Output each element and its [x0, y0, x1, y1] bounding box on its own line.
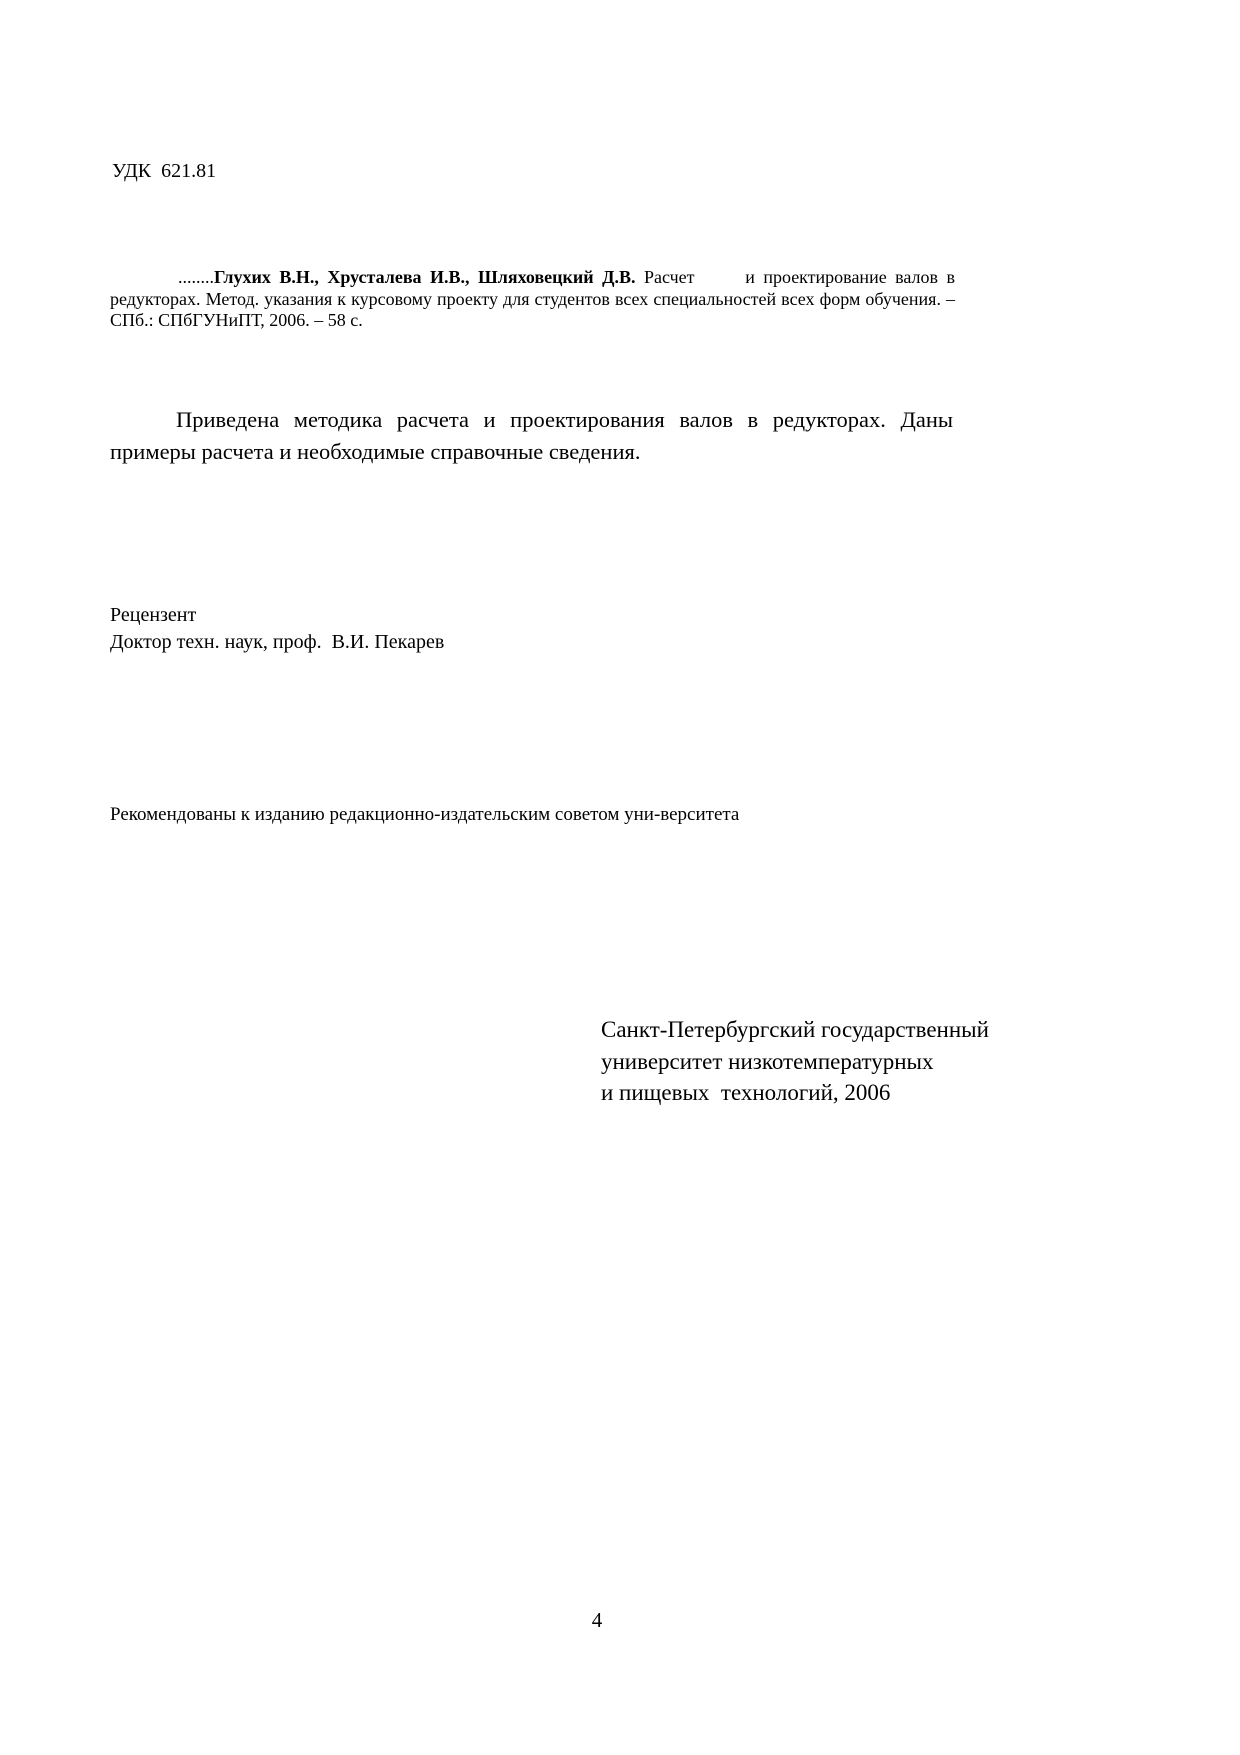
- publisher-line-1: Санкт-Петербургский государственный: [601, 1014, 989, 1046]
- publisher-line-2: университет низкотемпературных: [601, 1046, 989, 1078]
- reviewer-block: Рецензент Доктор техн. наук, проф. В.И. …: [110, 602, 444, 655]
- biblio-authors: Глухих В.Н., Хрусталева И.В., Шляховецки…: [214, 267, 636, 287]
- recommendation-note: Рекомендованы к изданию редакционно-изда…: [110, 804, 739, 826]
- publisher-line-3: и пищевых технологий, 2006: [601, 1077, 989, 1109]
- abstract-text: Приведена методика расчета и проектирова…: [110, 404, 953, 468]
- reviewer-name: Доктор техн. наук, проф. В.И. Пекарев: [110, 629, 444, 656]
- reviewer-label: Рецензент: [110, 602, 444, 629]
- udc-code: УДК 621.81: [112, 160, 216, 183]
- page-number: 4: [0, 1608, 1194, 1633]
- bibliographic-entry: ........Глухих В.Н., Хрусталева И.В., Шл…: [110, 267, 955, 332]
- biblio-leader-dots: ........: [178, 267, 214, 287]
- publisher-block: Санкт-Петербургский государственный унив…: [601, 1014, 989, 1109]
- document-page: УДК 621.81 ........Глухих В.Н., Хрустале…: [0, 0, 1240, 1755]
